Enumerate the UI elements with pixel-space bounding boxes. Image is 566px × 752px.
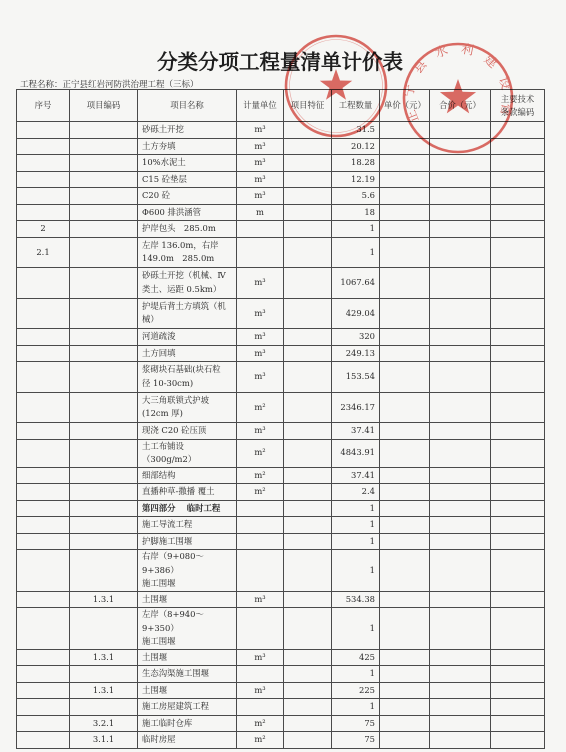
cell-item-code [70, 237, 138, 268]
cell-unit: m³ [237, 345, 284, 362]
cell-tech-clause-code [491, 345, 545, 362]
cell-item-code [70, 221, 138, 238]
cell-item-feature [284, 362, 332, 393]
cell-tech-clause-code [491, 392, 545, 423]
cell-seq [17, 517, 70, 534]
cell-quantity: 18 [332, 204, 380, 221]
cell-tech-clause-code [491, 649, 545, 666]
cell-seq [17, 122, 70, 139]
document-title: 分类分项工程量清单计价表 [150, 45, 410, 75]
table-row: 现浇 C20 砼压顶m³37.41 [17, 423, 545, 440]
cell-quantity: 5.6 [332, 188, 380, 205]
bill-of-quantities-table: 序号 项目编码 项目名称 计量单位 项目特征 工程数量 单价（元） 合价（元） … [16, 89, 545, 749]
cell-seq [17, 608, 70, 650]
table-row: 细部结构m²37.41 [17, 467, 545, 484]
cell-quantity: 1 [332, 666, 380, 683]
cell-unit: m³ [237, 591, 284, 608]
cell-total-price [430, 608, 491, 650]
cell-quantity: 1 [332, 517, 380, 534]
cell-item-name: 施工房屋建筑工程 [138, 699, 237, 716]
cell-total-price [430, 732, 491, 749]
cell-unit: m³ [237, 362, 284, 393]
cell-quantity: 1 [332, 533, 380, 550]
cell-seq [17, 268, 70, 299]
cell-item-name: 土方回填 [138, 345, 237, 362]
cell-item-code: 3.1.1 [70, 732, 138, 749]
cell-unit-price [380, 467, 430, 484]
cell-item-code [70, 268, 138, 299]
cell-total-price [430, 345, 491, 362]
cell-item-code [70, 500, 138, 517]
cell-item-code [70, 298, 138, 329]
cell-item-code [70, 517, 138, 534]
cell-seq [17, 484, 70, 501]
cell-quantity: 75 [332, 715, 380, 732]
cell-quantity: 31.5 [332, 122, 380, 139]
header-item-feature: 项目特征 [284, 90, 332, 122]
cell-quantity: 4843.91 [332, 439, 380, 467]
cell-seq [17, 298, 70, 329]
cell-item-code [70, 204, 138, 221]
cell-tech-clause-code [491, 298, 545, 329]
cell-seq: 2.1 [17, 237, 70, 268]
cell-quantity: 1 [332, 699, 380, 716]
cell-item-name: 细部结构 [138, 467, 237, 484]
cell-unit-price [380, 268, 430, 299]
cell-tech-clause-code [491, 171, 545, 188]
cell-tech-clause-code [491, 484, 545, 501]
cell-item-feature [284, 517, 332, 534]
cell-unit: m³ [237, 298, 284, 329]
cell-unit-price [380, 666, 430, 683]
table-row: 生态沟渠施工围堰1 [17, 666, 545, 683]
cell-item-feature [284, 649, 332, 666]
cell-item-name: 直播种草-撒播 覆土 [138, 484, 237, 501]
cell-tech-clause-code [491, 500, 545, 517]
cell-seq [17, 649, 70, 666]
cell-seq [17, 699, 70, 716]
cell-item-name: 护堤后背土方填筑（机 械） [138, 298, 237, 329]
cell-item-feature [284, 122, 332, 139]
cell-item-name: 土围堰 [138, 591, 237, 608]
cell-item-feature [284, 484, 332, 501]
cell-item-code [70, 699, 138, 716]
cell-item-name: 护脚施工围堰 [138, 533, 237, 550]
table-row: 护脚施工围堰1 [17, 533, 545, 550]
cell-tech-clause-code [491, 715, 545, 732]
cell-quantity: 2346.17 [332, 392, 380, 423]
cell-total-price [430, 666, 491, 683]
cell-seq: 2 [17, 221, 70, 238]
cell-tech-clause-code [491, 608, 545, 650]
header-quantity: 工程数量 [332, 90, 380, 122]
cell-item-feature [284, 608, 332, 650]
cell-quantity: 37.41 [332, 423, 380, 440]
cell-unit: m² [237, 392, 284, 423]
cell-tech-clause-code [491, 666, 545, 683]
cell-item-feature [284, 188, 332, 205]
cell-tech-clause-code [491, 591, 545, 608]
cell-item-name: 土围堰 [138, 682, 237, 699]
cell-tech-clause-code [491, 155, 545, 172]
cell-total-price [430, 155, 491, 172]
cell-item-code [70, 362, 138, 393]
table-header-row: 序号 项目编码 项目名称 计量单位 项目特征 工程数量 单价（元） 合价（元） … [17, 90, 545, 122]
cell-seq [17, 171, 70, 188]
cell-seq [17, 439, 70, 467]
cell-unit-price [380, 715, 430, 732]
cell-unit-price [380, 188, 430, 205]
cell-item-code [70, 345, 138, 362]
table-row: 10%水泥土m³18.28 [17, 155, 545, 172]
cell-seq [17, 467, 70, 484]
table-row: 1.3.1土围堰m³425 [17, 649, 545, 666]
cell-tech-clause-code [491, 533, 545, 550]
cell-item-feature [284, 423, 332, 440]
cell-total-price [430, 533, 491, 550]
cell-quantity: 429.04 [332, 298, 380, 329]
cell-unit-price [380, 155, 430, 172]
cell-unit: m³ [237, 155, 284, 172]
cell-tech-clause-code [491, 204, 545, 221]
cell-unit-price [380, 732, 430, 749]
cell-unit [237, 533, 284, 550]
cell-item-name: C20 砼 [138, 188, 237, 205]
table-row: C20 砼m³5.6 [17, 188, 545, 205]
cell-tech-clause-code [491, 732, 545, 749]
cell-tech-clause-code [491, 138, 545, 155]
cell-unit: m² [237, 715, 284, 732]
cell-quantity: 1 [332, 550, 380, 592]
cell-item-name: 护岸包头 285.0m [138, 221, 237, 238]
cell-total-price [430, 237, 491, 268]
cell-unit: m² [237, 484, 284, 501]
cell-item-feature [284, 345, 332, 362]
cell-seq [17, 204, 70, 221]
cell-unit [237, 699, 284, 716]
cell-item-feature [284, 467, 332, 484]
table-section-row: 第四部分 临时工程1 [17, 500, 545, 517]
cell-item-feature [284, 439, 332, 467]
cell-unit: m² [237, 467, 284, 484]
cell-seq [17, 550, 70, 592]
cell-unit-price [380, 591, 430, 608]
cell-item-feature [284, 392, 332, 423]
cell-total-price [430, 484, 491, 501]
header-item-code: 项目编码 [70, 90, 138, 122]
cell-item-name: 土围堰 [138, 649, 237, 666]
cell-total-price [430, 423, 491, 440]
cell-seq [17, 155, 70, 172]
table-row: 1.3.1土围堰m³225 [17, 682, 545, 699]
cell-unit: m³ [237, 329, 284, 346]
cell-item-feature [284, 155, 332, 172]
cell-item-name: Φ600 排洪涵管 [138, 204, 237, 221]
cell-item-name: 施工临时仓库 [138, 715, 237, 732]
cell-unit: m³ [237, 171, 284, 188]
cell-quantity: 225 [332, 682, 380, 699]
cell-item-feature [284, 204, 332, 221]
document-page: 分类分项工程量清单计价表 工程名称：正宁县红岩河防洪治理工程（三标） 序号 项目… [0, 0, 566, 752]
cell-quantity: 18.28 [332, 155, 380, 172]
cell-item-code: 1.3.1 [70, 649, 138, 666]
cell-unit: m³ [237, 423, 284, 440]
cell-item-code: 1.3.1 [70, 591, 138, 608]
table-row: 砂砾土开挖m³31.5 [17, 122, 545, 139]
table-body: 砂砾土开挖m³31.5土方夯填m³20.1210%水泥土m³18.28C15 砼… [17, 122, 545, 749]
cell-quantity: 153.54 [332, 362, 380, 393]
cell-item-name: 浆砌块石基础(块石粒 径 10-30cm) [138, 362, 237, 393]
cell-unit [237, 608, 284, 650]
cell-item-code [70, 467, 138, 484]
cell-total-price [430, 122, 491, 139]
table-row: 3.1.1临时房屋m²75 [17, 732, 545, 749]
cell-unit: m² [237, 439, 284, 467]
header-tech-clause-code: 主要技术 条款编码 [491, 90, 545, 122]
cell-unit [237, 550, 284, 592]
cell-quantity: 320 [332, 329, 380, 346]
cell-seq [17, 188, 70, 205]
cell-item-code [70, 484, 138, 501]
cell-item-feature [284, 298, 332, 329]
table-row: 左岸（8+940～9+350） 施工围堰1 [17, 608, 545, 650]
cell-total-price [430, 439, 491, 467]
cell-unit [237, 500, 284, 517]
cell-unit-price [380, 699, 430, 716]
table-row: 大三角联锁式护坡 (12cm 厚)m²2346.17 [17, 392, 545, 423]
cell-total-price [430, 500, 491, 517]
cell-total-price [430, 467, 491, 484]
cell-seq [17, 666, 70, 683]
cell-total-price [430, 362, 491, 393]
cell-total-price [430, 268, 491, 299]
cell-item-code [70, 188, 138, 205]
cell-quantity: 425 [332, 649, 380, 666]
cell-quantity: 37.41 [332, 467, 380, 484]
cell-seq [17, 345, 70, 362]
cell-tech-clause-code [491, 550, 545, 592]
table-row: 河道疏浚m³320 [17, 329, 545, 346]
cell-total-price [430, 699, 491, 716]
cell-total-price [430, 517, 491, 534]
cell-item-code [70, 155, 138, 172]
cell-seq [17, 362, 70, 393]
cell-item-code [70, 122, 138, 139]
table-row: 2护岸包头 285.0m1 [17, 221, 545, 238]
cell-unit-price [380, 237, 430, 268]
cell-seq [17, 533, 70, 550]
cell-total-price [430, 392, 491, 423]
cell-total-price [430, 138, 491, 155]
table-row: 施工房屋建筑工程1 [17, 699, 545, 716]
cell-total-price [430, 329, 491, 346]
cell-item-name: 土工布铺设（300g/m2） [138, 439, 237, 467]
table-row: 1.3.1土围堰m³534.38 [17, 591, 545, 608]
cell-seq [17, 732, 70, 749]
cell-quantity: 1 [332, 221, 380, 238]
cell-item-feature [284, 329, 332, 346]
cell-unit: m³ [237, 138, 284, 155]
cell-item-name: 10%水泥土 [138, 155, 237, 172]
cell-seq [17, 715, 70, 732]
cell-item-name: 左岸（8+940～9+350） 施工围堰 [138, 608, 237, 650]
cell-quantity: 534.38 [332, 591, 380, 608]
table-row: 土方夯填m³20.12 [17, 138, 545, 155]
cell-unit-price [380, 122, 430, 139]
cell-item-code [70, 439, 138, 467]
cell-unit-price [380, 171, 430, 188]
cell-unit-price [380, 298, 430, 329]
cell-unit-price [380, 649, 430, 666]
cell-item-name: C15 砼垫层 [138, 171, 237, 188]
cell-item-code [70, 171, 138, 188]
cell-quantity: 249.13 [332, 345, 380, 362]
cell-item-feature [284, 171, 332, 188]
cell-tech-clause-code [491, 122, 545, 139]
cell-total-price [430, 221, 491, 238]
cell-item-feature [284, 699, 332, 716]
cell-unit-price [380, 221, 430, 238]
cell-item-code [70, 138, 138, 155]
cell-total-price [430, 591, 491, 608]
cell-tech-clause-code [491, 362, 545, 393]
cell-seq [17, 423, 70, 440]
cell-total-price [430, 715, 491, 732]
cell-total-price [430, 171, 491, 188]
cell-item-code: 1.3.1 [70, 682, 138, 699]
cell-tech-clause-code [491, 467, 545, 484]
cell-unit: m² [237, 732, 284, 749]
cell-tech-clause-code [491, 517, 545, 534]
cell-item-feature [284, 268, 332, 299]
cell-quantity: 2.4 [332, 484, 380, 501]
cell-seq [17, 329, 70, 346]
table-row: 护堤后背土方填筑（机 械）m³429.04 [17, 298, 545, 329]
cell-item-name: 土方夯填 [138, 138, 237, 155]
cell-total-price [430, 188, 491, 205]
table-row: Φ600 排洪涵管m18 [17, 204, 545, 221]
cell-item-name: 砂砾土开挖（机械、Ⅳ 类土、运距 0.5km） [138, 268, 237, 299]
cell-item-feature [284, 533, 332, 550]
cell-item-code [70, 666, 138, 683]
header-item-name: 项目名称 [138, 90, 237, 122]
cell-item-feature [284, 138, 332, 155]
cell-item-code [70, 329, 138, 346]
cell-item-name: 临时房屋 [138, 732, 237, 749]
header-total-price: 合价（元） [430, 90, 491, 122]
cell-item-name: 右岸（9+080～9+386） 施工围堰 [138, 550, 237, 592]
cell-unit: m³ [237, 122, 284, 139]
cell-item-feature [284, 682, 332, 699]
header-unit: 计量单位 [237, 90, 284, 122]
cell-item-feature [284, 221, 332, 238]
cell-quantity: 1 [332, 237, 380, 268]
cell-item-feature [284, 500, 332, 517]
cell-item-code: 3.2.1 [70, 715, 138, 732]
cell-quantity: 75 [332, 732, 380, 749]
cell-unit-price [380, 423, 430, 440]
cell-item-name: 左岸 136.0m，右岸 149.0m 285.0m [138, 237, 237, 268]
cell-item-name: 大三角联锁式护坡 (12cm 厚) [138, 392, 237, 423]
cell-tech-clause-code [491, 682, 545, 699]
table-row: 砂砾土开挖（机械、Ⅳ 类土、运距 0.5km）m³1067.64 [17, 268, 545, 299]
cell-tech-clause-code [491, 188, 545, 205]
cell-item-feature [284, 237, 332, 268]
cell-unit: m³ [237, 188, 284, 205]
table-row: 施工导流工程1 [17, 517, 545, 534]
cell-item-name: 第四部分 临时工程 [138, 500, 237, 517]
table-row: 2.1左岸 136.0m，右岸 149.0m 285.0m1 [17, 237, 545, 268]
cell-unit-price [380, 517, 430, 534]
cell-unit-price [380, 204, 430, 221]
cell-unit-price [380, 500, 430, 517]
cell-unit-price [380, 550, 430, 592]
cell-unit-price [380, 439, 430, 467]
cell-unit: m³ [237, 268, 284, 299]
cell-tech-clause-code [491, 423, 545, 440]
cell-total-price [430, 649, 491, 666]
cell-unit [237, 517, 284, 534]
cell-unit-price [380, 682, 430, 699]
cell-quantity: 1067.64 [332, 268, 380, 299]
cell-item-feature [284, 550, 332, 592]
cell-item-code [70, 392, 138, 423]
cell-unit-price [380, 329, 430, 346]
header-unit-price: 单价（元） [380, 90, 430, 122]
cell-item-feature [284, 666, 332, 683]
cell-total-price [430, 204, 491, 221]
cell-quantity: 1 [332, 608, 380, 650]
cell-item-name: 施工导流工程 [138, 517, 237, 534]
cell-tech-clause-code [491, 221, 545, 238]
cell-quantity: 12.19 [332, 171, 380, 188]
cell-item-feature [284, 715, 332, 732]
cell-unit-price [380, 138, 430, 155]
cell-total-price [430, 682, 491, 699]
cell-unit-price [380, 362, 430, 393]
cell-unit: m³ [237, 649, 284, 666]
cell-seq [17, 500, 70, 517]
table-row: 右岸（9+080～9+386） 施工围堰1 [17, 550, 545, 592]
cell-unit: m³ [237, 682, 284, 699]
header-seq: 序号 [17, 90, 70, 122]
cell-seq [17, 682, 70, 699]
cell-item-name: 河道疏浚 [138, 329, 237, 346]
cell-unit [237, 237, 284, 268]
cell-item-feature [284, 732, 332, 749]
cell-tech-clause-code [491, 237, 545, 268]
cell-unit-price [380, 608, 430, 650]
cell-item-code [70, 533, 138, 550]
cell-unit-price [380, 484, 430, 501]
table-row: 3.2.1施工临时仓库m²75 [17, 715, 545, 732]
cell-tech-clause-code [491, 268, 545, 299]
cell-quantity: 1 [332, 500, 380, 517]
cell-unit-price [380, 392, 430, 423]
cell-unit-price [380, 345, 430, 362]
cell-seq [17, 392, 70, 423]
cell-tech-clause-code [491, 699, 545, 716]
cell-item-code [70, 550, 138, 592]
cell-seq [17, 138, 70, 155]
table-row: 土工布铺设（300g/m2）m²4843.91 [17, 439, 545, 467]
table-row: 土方回填m³249.13 [17, 345, 545, 362]
cell-item-code [70, 423, 138, 440]
cell-item-name: 生态沟渠施工围堰 [138, 666, 237, 683]
cell-seq [17, 591, 70, 608]
cell-tech-clause-code [491, 329, 545, 346]
cell-unit [237, 666, 284, 683]
